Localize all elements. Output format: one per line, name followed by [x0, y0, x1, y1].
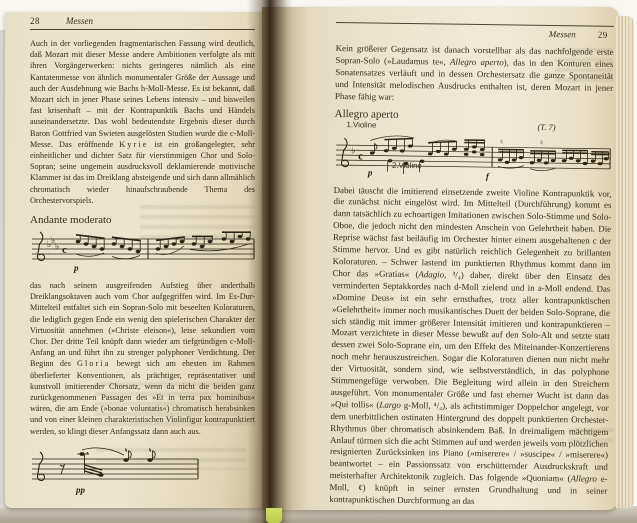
book-photo: 28 Messen Auch in der vorliegenden fragm…: [0, 0, 637, 523]
right-running-head: Messen 29: [336, 26, 614, 40]
left-running-head-title: Messen: [66, 16, 93, 26]
note-group: [76, 231, 251, 258]
dynamic-p: p: [367, 167, 373, 177]
treble-clef-icon: [341, 138, 348, 167]
music-example-kyrie-theme: ♭♭♭ c: [30, 228, 255, 276]
book-fore-edge: [616, 16, 634, 508]
music-staff-svg: pp: [30, 447, 202, 497]
music-staff-svg: ♭♭♭ c: [30, 230, 256, 274]
left-page-content: 28 Messen Auch in der vorliegenden fragm…: [30, 16, 255, 495]
right-page-content: Messen 29 Kein größerer Gegensatz ist da…: [329, 22, 614, 510]
svg-text:♭: ♭: [351, 146, 355, 156]
svg-text:♮: ♮: [540, 138, 543, 146]
tempo-heading-andante: Andante moderato: [30, 214, 255, 226]
right-body-block-2: Dabei täuscht die imitierend einsetzende…: [329, 185, 611, 510]
dynamic-p: p: [73, 263, 79, 273]
treble-clef-icon: [37, 232, 44, 260]
bookmark-ribbon: [266, 508, 282, 523]
left-running-head: 28 Messen: [30, 16, 255, 26]
label-measure-ref: (T. 7): [537, 122, 555, 131]
svg-text:c: c: [62, 244, 67, 256]
left-body-block-1: Auch in der vorliegenden fragmentarische…: [30, 38, 255, 206]
left-page-number: 28: [30, 16, 40, 26]
svg-text:♮: ♮: [500, 138, 503, 146]
dynamic-f: f: [486, 171, 490, 181]
right-running-head-title: Messen: [549, 29, 576, 39]
dynamic-pp: pp: [75, 485, 86, 495]
music-staff-svg: ♭ c: [334, 133, 613, 186]
svg-text:c: c: [358, 150, 363, 162]
svg-text:♭: ♭: [55, 242, 59, 252]
music-example-et-in-terra: pp: [30, 443, 255, 495]
treble-clef-icon: [37, 452, 44, 480]
header-rule: [30, 29, 255, 30]
left-body-block-2: das nach seinem ausgreifenden Aufstieg ü…: [30, 280, 255, 437]
music-example-laudamus-te: 1.Violine (T. 7) 2.Violine ♭ c: [334, 120, 613, 186]
right-page-number: 29: [598, 30, 608, 40]
note-group: [77, 448, 155, 477]
label-violin-1: 1.Violine: [347, 120, 377, 129]
right-body-block-1: Kein größerer Gegensatz ist danach vorst…: [335, 43, 614, 106]
